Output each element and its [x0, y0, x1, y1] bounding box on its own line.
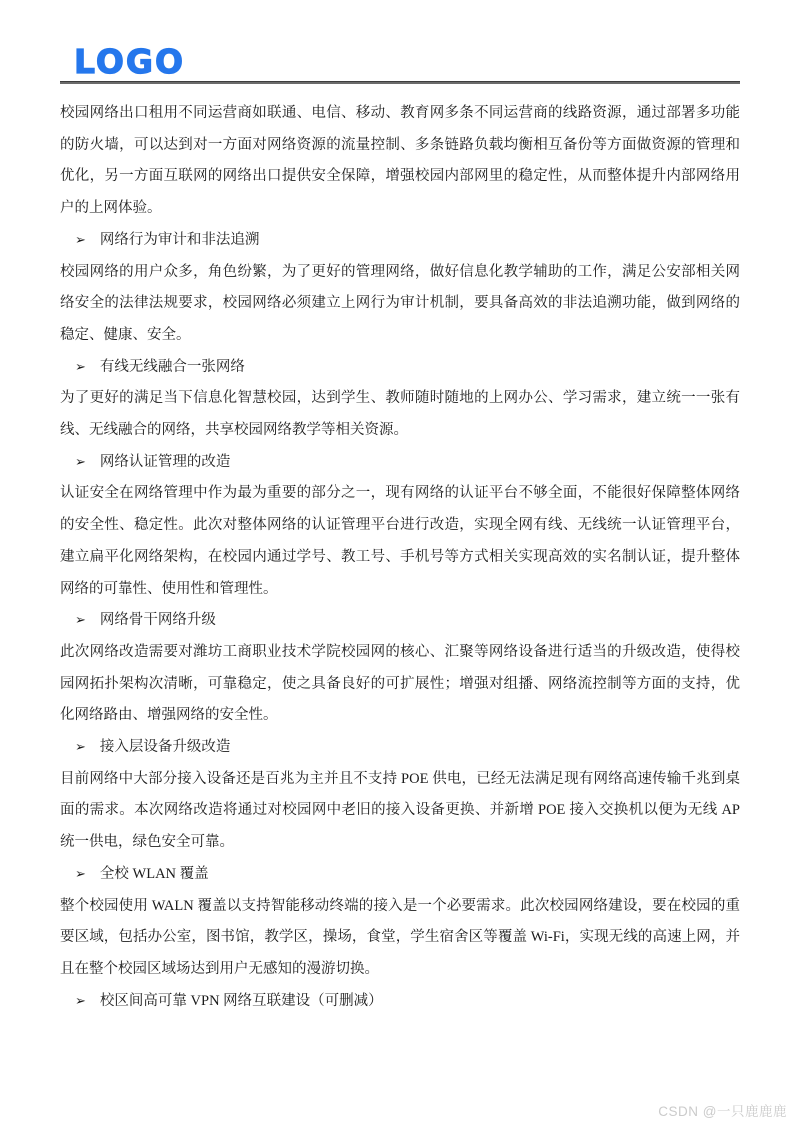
section-heading-1: ➢网络行为审计和非法追溯	[60, 225, 740, 257]
arrow-bullet-icon: ➢	[75, 447, 86, 479]
section-heading-text: 校区间高可靠 VPN 网络互联建设（可删减）	[100, 993, 383, 1009]
section-heading-text: 有线无线融合一张网络	[100, 359, 245, 375]
csdn-watermark: CSDN @一只鹿鹿鹿	[658, 1100, 787, 1120]
section-body-5: 目前网络中大部分接入设备还是百兆为主并且不支持 POE 供电，已经无法满足现有网…	[60, 764, 740, 859]
intro-paragraph: 校园网络出口租用不同运营商如联通、电信、移动、教育网多条不同运营商的线路资源，通…	[60, 98, 740, 225]
section-heading-text: 网络认证管理的改造	[100, 454, 231, 470]
section-heading-text: 全校 WLAN 覆盖	[100, 866, 209, 882]
section-body-2: 为了更好的满足当下信息化智慧校园，达到学生、教师随时随地的上网办公、学习需求，建…	[60, 383, 740, 446]
section-heading-4: ➢网络骨干网络升级	[60, 605, 740, 637]
arrow-bullet-icon: ➢	[75, 352, 86, 384]
section-heading-text: 网络骨干网络升级	[100, 612, 216, 628]
document-body: 校园网络出口租用不同运营商如联通、电信、移动、教育网多条不同运营商的线路资源，通…	[60, 98, 740, 1017]
section-heading-7: ➢校区间高可靠 VPN 网络互联建设（可删减）	[60, 986, 740, 1018]
document-page: LOGO 校园网络出口租用不同运营商如联通、电信、移动、教育网多条不同运营商的线…	[60, 0, 740, 1017]
arrow-bullet-icon: ➢	[75, 986, 86, 1018]
arrow-bullet-icon: ➢	[75, 225, 86, 257]
page-header: LOGO	[60, 0, 740, 80]
section-heading-text: 接入层设备升级改造	[100, 739, 231, 755]
arrow-bullet-icon: ➢	[75, 859, 86, 891]
arrow-bullet-icon: ➢	[75, 605, 86, 637]
section-body-6: 整个校园使用 WALN 覆盖以支持智能移动终端的接入是一个必要需求。此次校园网络…	[60, 891, 740, 986]
section-heading-5: ➢接入层设备升级改造	[60, 732, 740, 764]
section-heading-3: ➢网络认证管理的改造	[60, 447, 740, 479]
section-body-4: 此次网络改造需要对潍坊工商职业技术学院校园网的核心、汇聚等网络设备进行适当的升级…	[60, 637, 740, 732]
section-heading-2: ➢有线无线融合一张网络	[60, 352, 740, 384]
header-divider	[60, 81, 740, 84]
section-body-1: 校园网络的用户众多，角色纷繁，为了更好的管理网络，做好信息化教学辅助的工作，满足…	[60, 257, 740, 352]
arrow-bullet-icon: ➢	[75, 732, 86, 764]
logo: LOGO	[74, 44, 185, 80]
section-body-3: 认证安全在网络管理中作为最为重要的部分之一，现有网络的认证平台不够全面，不能很好…	[60, 478, 740, 605]
section-heading-text: 网络行为审计和非法追溯	[100, 232, 260, 248]
section-heading-6: ➢全校 WLAN 覆盖	[60, 859, 740, 891]
